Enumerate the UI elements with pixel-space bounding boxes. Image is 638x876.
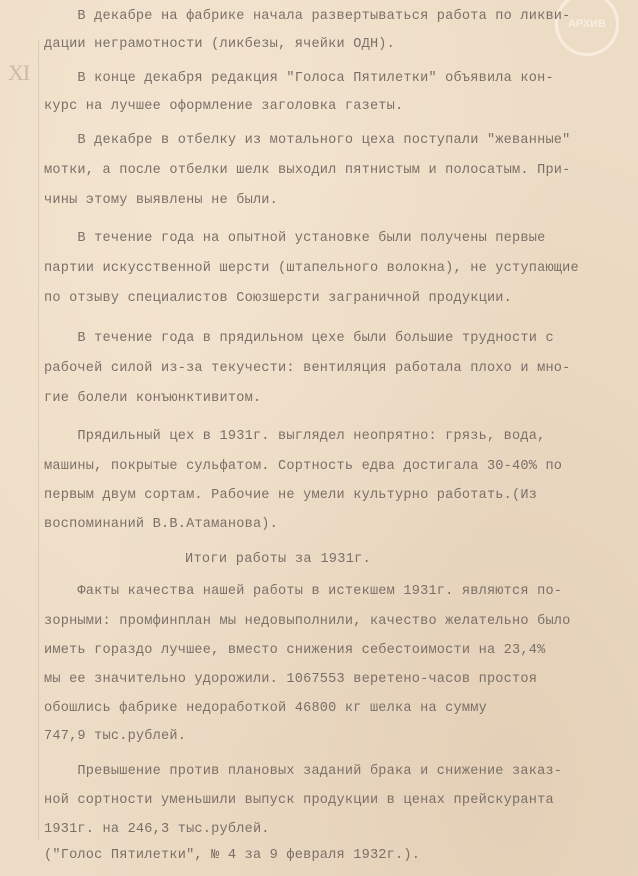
text-line: зорными: промфинплан мы недовыполнили, к… bbox=[44, 613, 571, 631]
margin-mark: XI bbox=[8, 60, 29, 86]
text-line: гие болели конъюнктивитом. bbox=[44, 390, 261, 408]
text-line: дации неграмотности (ликбезы, ячейки ОДН… bbox=[44, 36, 395, 54]
source-citation: ("Голос Пятилетки", № 4 за 9 февраля 193… bbox=[44, 847, 420, 865]
text-line: 747,9 тыс.рублей. bbox=[44, 728, 186, 746]
text-line: 1931г. на 246,3 тыс.рублей. bbox=[44, 821, 270, 839]
text-line: машины, покрытые сульфатом. Сортность ед… bbox=[44, 458, 562, 476]
text-line: В декабре на фабрике начала развертывать… bbox=[44, 8, 571, 26]
text-line: ной сортности уменьшили выпуск продукции… bbox=[44, 792, 554, 810]
document-page: XI АРХИВ В декабре на фабрике начала раз… bbox=[0, 0, 638, 876]
text-line: воспоминаний В.В.Атаманова). bbox=[44, 516, 278, 534]
text-line: В течение года на опытной установке были… bbox=[44, 230, 545, 248]
text-line: В течение года в прядильном цехе были бо… bbox=[44, 330, 554, 348]
text-line: рабочей силой из-за текучести: вентиляци… bbox=[44, 360, 571, 378]
text-line: обошлись фабрике недоработкой 46800 кг ш… bbox=[44, 700, 487, 718]
text-line: иметь гораздо лучшее, вместо снижения се… bbox=[44, 642, 545, 660]
text-line: В конце декабря редакция "Голоса Пятилет… bbox=[44, 70, 554, 88]
text-line: Прядильный цех в 1931г. выглядел неопрят… bbox=[44, 428, 545, 446]
text-line: В декабре в отбелку из мотального цеха п… bbox=[44, 132, 571, 150]
text-line: мотки, а после отбелки шелк выходил пятн… bbox=[44, 162, 571, 180]
margin-line bbox=[38, 40, 39, 840]
text-line: Превышение против плановых заданий брака… bbox=[44, 763, 562, 781]
text-line: по отзыву специалистов Союзшерсти загран… bbox=[44, 290, 512, 308]
text-line: курс на лучшее оформление заголовка газе… bbox=[44, 98, 403, 116]
text-line: чины этому выявлены не были. bbox=[44, 192, 278, 210]
text-line: мы ее значительно удорожили. 1067553 вер… bbox=[44, 671, 537, 689]
section-heading: Итоги работы за 1931г. bbox=[185, 551, 371, 569]
text-line: Факты качества нашей работы в истекшем 1… bbox=[44, 583, 562, 601]
text-line: партии искусственной шерсти (штапельного… bbox=[44, 260, 579, 278]
text-line: первым двум сортам. Рабочие не умели кул… bbox=[44, 487, 537, 505]
